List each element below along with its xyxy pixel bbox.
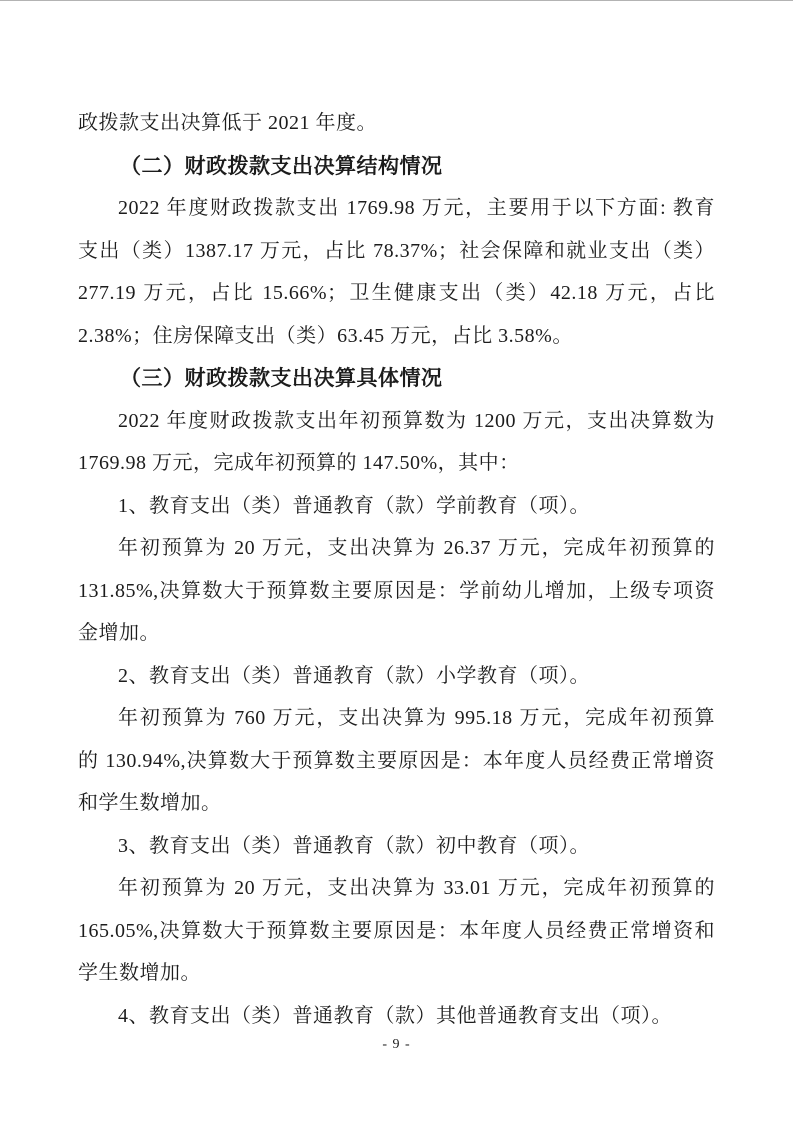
- page-body: 政拨款支出决算低于 2021 年度。 （二）财政拨款支出决算结构情况 2022 …: [78, 102, 715, 1037]
- section-heading-2: （二）财政拨款支出决算结构情况: [78, 145, 715, 188]
- paragraph-line: 年初预算为 20 万元，支出决算为 26.37 万元，完成年初预算的: [78, 527, 715, 570]
- page-top-divider: [0, 0, 793, 1]
- section-heading-3: （三）财政拨款支出决算具体情况: [78, 357, 715, 400]
- paragraph-line: 年初预算为 760 万元，支出决算为 995.18 万元，完成年初预算: [78, 697, 715, 740]
- list-item-3: 3、教育支出（类）普通教育（款）初中教育（项）。: [78, 825, 715, 868]
- list-item-1: 1、教育支出（类）普通教育（款）学前教育（项）。: [78, 485, 715, 528]
- paragraph-line: 1769.98 万元，完成年初预算的 147.50%，其中：: [78, 442, 715, 485]
- paragraph-line: 政拨款支出决算低于 2021 年度。: [78, 102, 715, 145]
- paragraph-line: 的 130.94%,决算数大于预算数主要原因是：本年度人员经费正常增资: [78, 740, 715, 783]
- page-number: - 9 -: [0, 1037, 793, 1053]
- paragraph-line: 277.19 万元，占比 15.66%；卫生健康支出（类）42.18 万元，占比: [78, 272, 715, 315]
- paragraph-line: 165.05%,决算数大于预算数主要原因是：本年度人员经费正常增资和: [78, 910, 715, 953]
- paragraph-line: 支出（类）1387.17 万元，占比 78.37%；社会保障和就业支出（类）: [78, 230, 715, 273]
- paragraph-line: 学生数增加。: [78, 952, 715, 995]
- paragraph-line: 2022 年度财政拨款支出 1769.98 万元，主要用于以下方面: 教育: [78, 187, 715, 230]
- paragraph-line: 年初预算为 20 万元，支出决算为 33.01 万元，完成年初预算的: [78, 867, 715, 910]
- paragraph-line: 和学生数增加。: [78, 782, 715, 825]
- paragraph-line: 2.38%；住房保障支出（类）63.45 万元，占比 3.58%。: [78, 315, 715, 358]
- list-item-2: 2、教育支出（类）普通教育（款）小学教育（项）。: [78, 655, 715, 698]
- list-item-4: 4、教育支出（类）普通教育（款）其他普通教育支出（项）。: [78, 995, 715, 1038]
- document-page: { "document": { "lines": [ "政拨款支出决算低于 20…: [0, 0, 793, 1122]
- paragraph-line: 2022 年度财政拨款支出年初预算数为 1200 万元，支出决算数为: [78, 400, 715, 443]
- paragraph-line: 131.85%,决算数大于预算数主要原因是：学前幼儿增加，上级专项资: [78, 570, 715, 613]
- paragraph-line: 金增加。: [78, 612, 715, 655]
